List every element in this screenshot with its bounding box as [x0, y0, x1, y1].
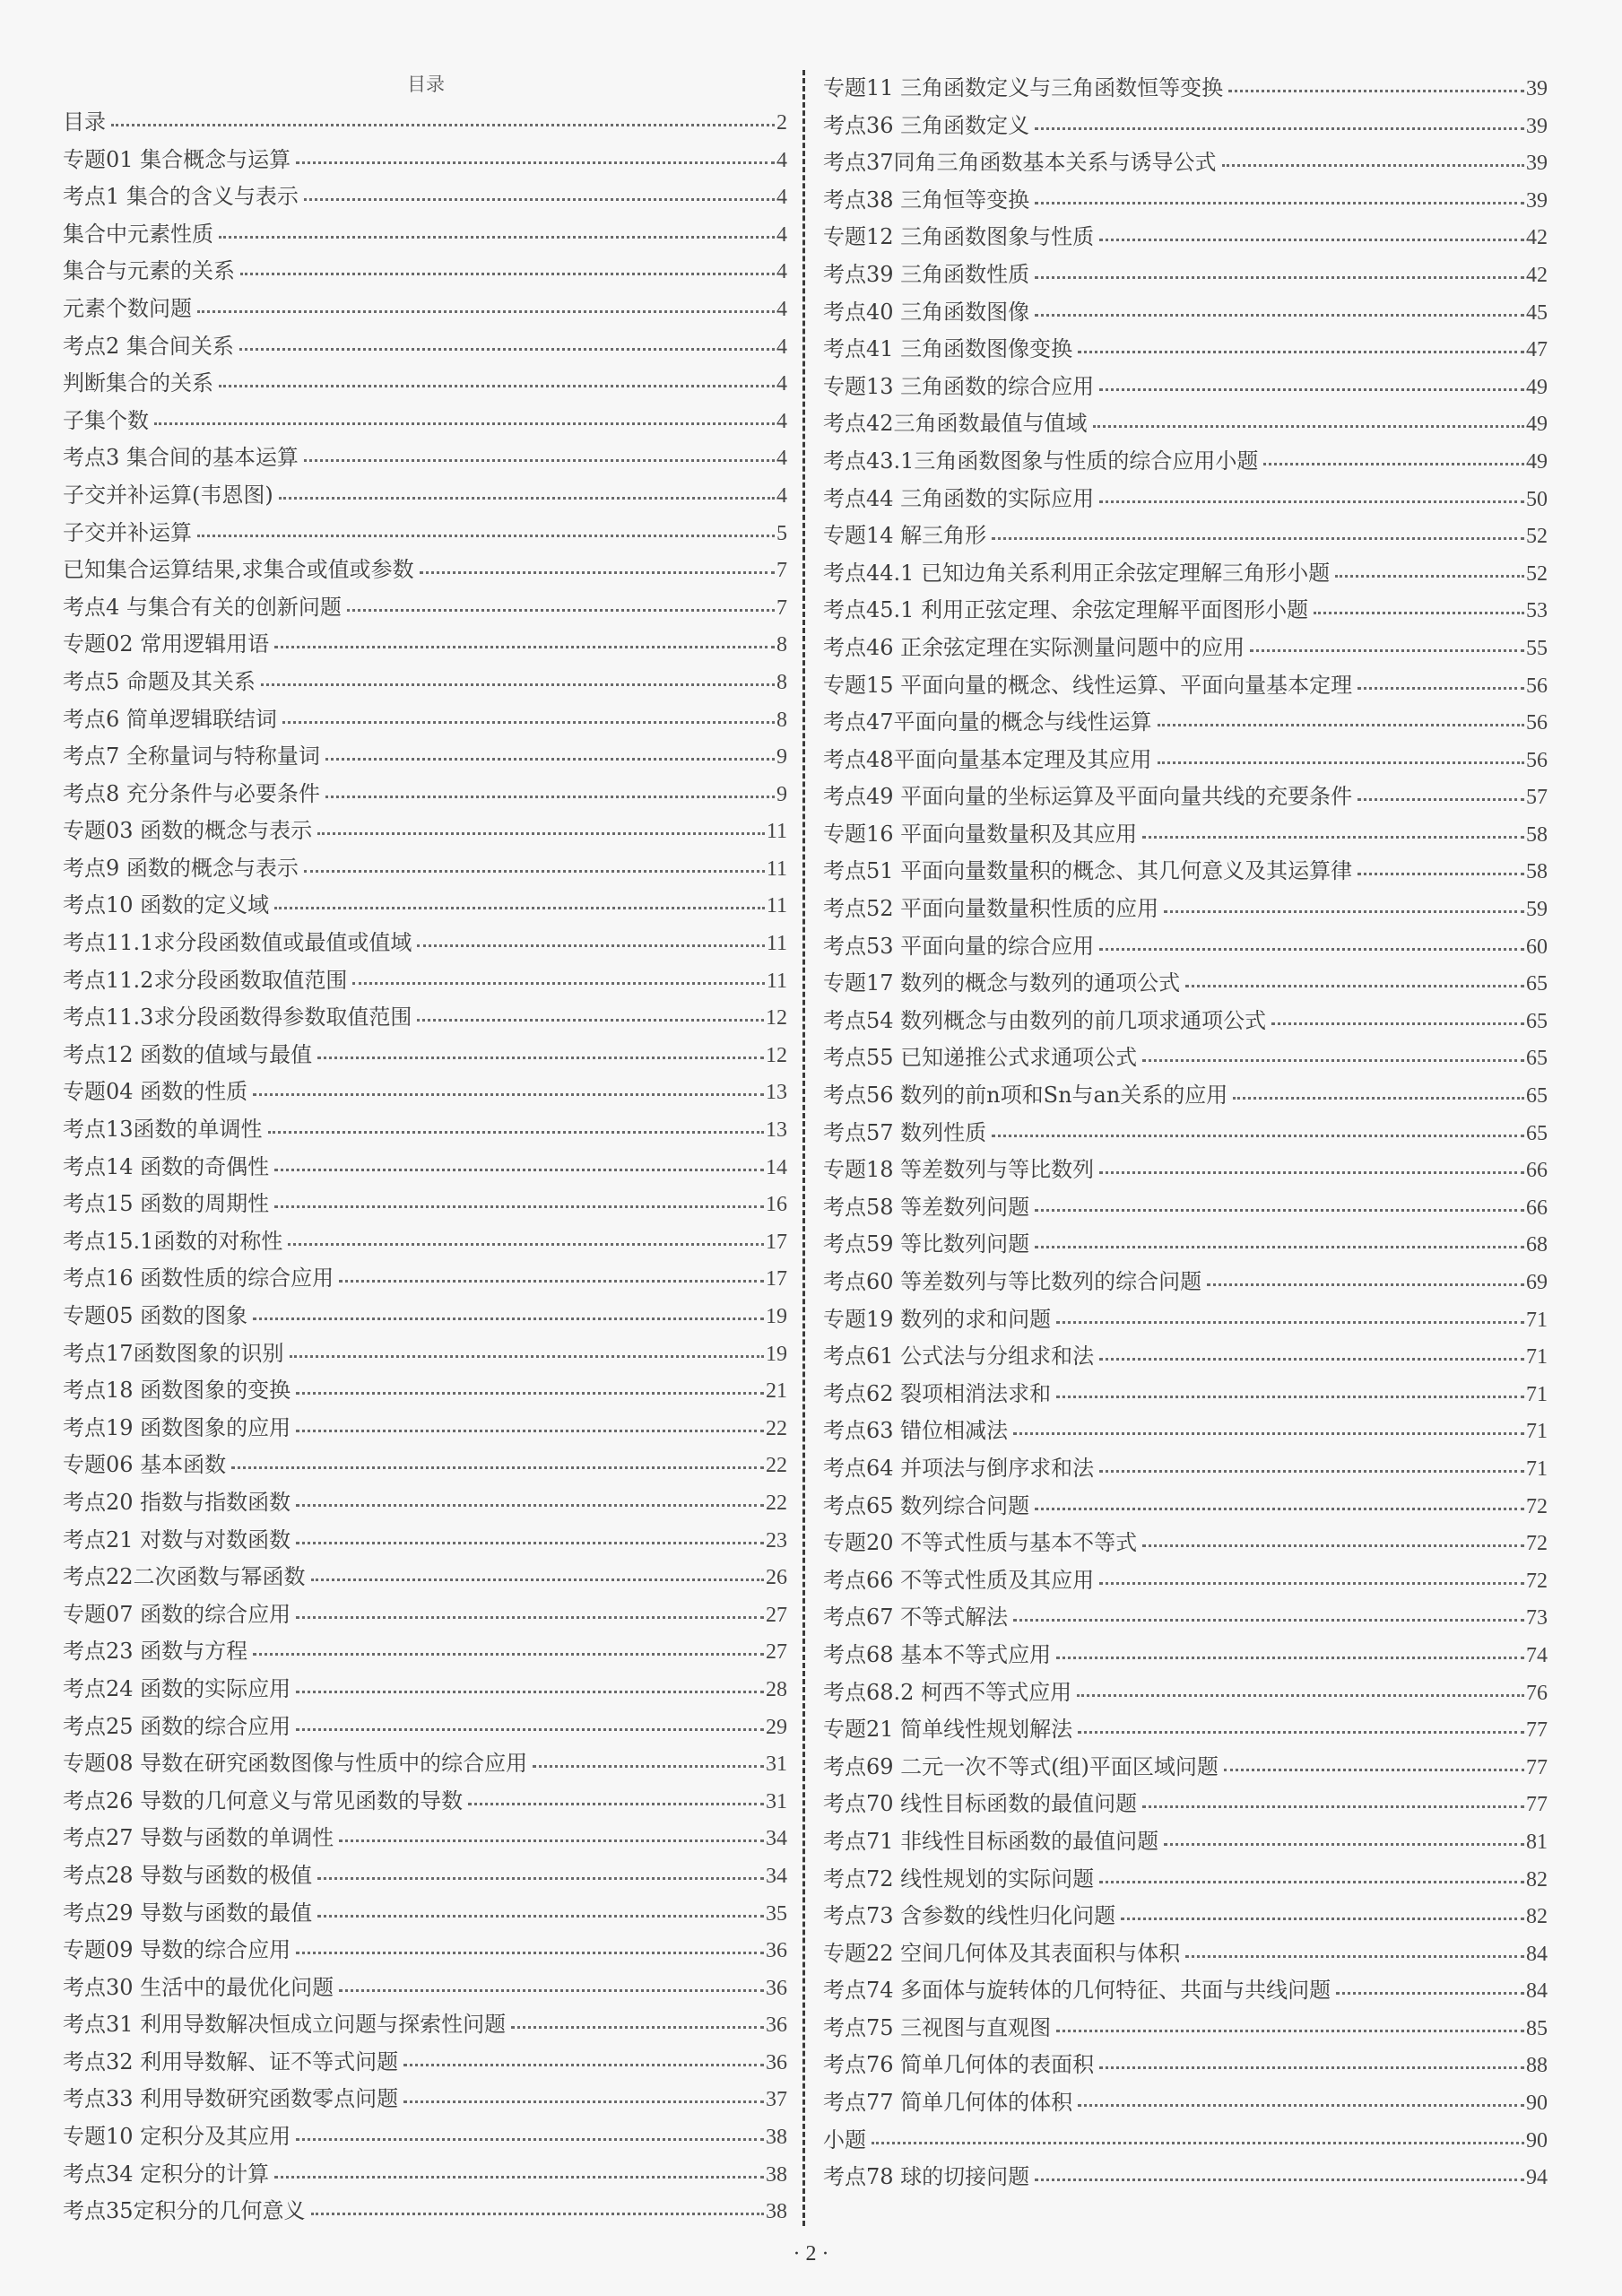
toc-entry[interactable]: 考点58 等差数列问题 66: [823, 1189, 1548, 1227]
toc-entry-title: 考点28 导数与函数的极值: [63, 1857, 312, 1895]
toc-entry[interactable]: 考点17函数图象的识别 19: [63, 1335, 787, 1373]
dot-leader: [1056, 1657, 1524, 1659]
toc-entry-page-number: 11: [767, 888, 787, 926]
toc-entry-title: 考点45.1 利用正弦定理、余弦定理解平面图形小题: [823, 592, 1308, 630]
toc-entry-page-number: 39: [1526, 145, 1548, 183]
toc-entry[interactable]: 考点64 并项法与倒序求和法 71: [823, 1450, 1548, 1488]
toc-entry[interactable]: 考点11.2求分段函数取值范围 11: [63, 962, 787, 1000]
toc-entry[interactable]: 考点26 导数的几何意义与常见函数的导数 31: [63, 1783, 787, 1821]
dot-leader: [1077, 1694, 1524, 1697]
toc-entry-title: 考点76 简单几何体的表面积: [823, 2047, 1094, 2084]
dot-leader: [274, 1169, 764, 1171]
dot-leader: [1142, 1805, 1524, 1808]
toc-entry[interactable]: 判断集合的关系 4: [63, 365, 787, 403]
dot-leader: [311, 2213, 764, 2215]
toc-entry[interactable]: 考点6 简单逻辑联结词 8: [63, 701, 787, 739]
toc-entry-page-number: 23: [766, 1523, 787, 1561]
toc-entry-page-number: 49: [1526, 444, 1548, 482]
toc-entry-page-number: 90: [1526, 2123, 1548, 2161]
toc-entry-title: 目录: [63, 104, 106, 142]
toc-entry[interactable]: 考点11.3求分段函数得参数取值范围 12: [63, 999, 787, 1037]
toc-entry-page-number: 21: [766, 1373, 787, 1411]
toc-entry[interactable]: 考点34 定积分的计算 38: [63, 2156, 787, 2194]
toc-entry-page-number: 39: [1526, 109, 1548, 146]
toc-entry-page-number: 74: [1526, 1638, 1548, 1675]
toc-entry[interactable]: 考点37同角三角函数基本关系与诱导公式 39: [823, 144, 1548, 182]
toc-entry-page-number: 47: [1526, 332, 1548, 370]
toc-entry[interactable]: 考点4 与集合有关的创新问题 7: [63, 589, 787, 627]
toc-entry[interactable]: 考点33 利用导数研究函数零点问题 37: [63, 2081, 787, 2118]
dot-leader: [511, 2026, 764, 2029]
dot-leader: [1013, 1619, 1524, 1622]
toc-entry-page-number: 65: [1526, 1004, 1548, 1041]
toc-entry-page-number: 52: [1526, 518, 1548, 556]
dot-leader: [417, 1019, 764, 1022]
toc-entry[interactable]: 集合与元素的关系 4: [63, 253, 787, 291]
dot-leader: [240, 273, 775, 275]
toc-entry[interactable]: 考点3 集合间的基本运算 4: [63, 439, 787, 477]
toc-entry[interactable]: 小题 90: [823, 2122, 1548, 2160]
toc-entry[interactable]: 考点7 全称量词与特称量词 9: [63, 738, 787, 776]
toc-entry[interactable]: 考点45.1 利用正弦定理、余弦定理解平面图形小题 53: [823, 592, 1548, 630]
column-divider: [802, 70, 805, 2226]
toc-entry-page-number: 65: [1526, 1040, 1548, 1078]
toc-entry-page-number: 8: [776, 627, 787, 665]
dot-leader: [1099, 1582, 1524, 1585]
toc-entry[interactable]: 考点74 多面体与旋转体的几何特征、共面与共线问题 84: [823, 1972, 1548, 2010]
dot-leader: [1121, 1918, 1524, 1920]
toc-entry-title: 考点57 数列性质: [823, 1115, 986, 1152]
toc-entry-page-number: 17: [766, 1224, 787, 1262]
toc-entry-page-number: 28: [766, 1672, 787, 1709]
toc-entry-page-number: 68: [1526, 1227, 1548, 1265]
dot-leader: [1035, 1508, 1524, 1510]
toc-entry[interactable]: 考点24 函数的实际应用 28: [63, 1671, 787, 1709]
toc-entry-title: 专题19 数列的求和问题: [823, 1301, 1051, 1339]
toc-entry-page-number: 11: [767, 851, 787, 889]
toc-entry[interactable]: 考点22二次函数与幂函数 26: [63, 1559, 787, 1596]
toc-entry[interactable]: 考点2 集合间关系 4: [63, 328, 787, 366]
toc-entry[interactable]: 目录 2: [63, 104, 787, 142]
toc-entry[interactable]: 考点57 数列性质 65: [823, 1115, 1548, 1152]
toc-right-column: 专题11 三角函数定义与三角函数恒等变换 39 考点36 三角函数定义 39 考…: [823, 70, 1548, 2196]
toc-entry-page-number: 58: [1526, 817, 1548, 855]
toc-entry-title: 考点70 线性目标函数的最值问题: [823, 1786, 1137, 1823]
toc-entry[interactable]: 考点21 对数与对数函数 23: [63, 1522, 787, 1560]
dot-leader: [311, 1578, 764, 1581]
toc-entry-title: 专题21 简单线性规划解法: [823, 1711, 1072, 1749]
toc-entry[interactable]: 考点23 函数与方程 27: [63, 1633, 787, 1671]
toc-entry-title: 专题16 平面向量数量积及其应用: [823, 816, 1137, 854]
toc-entry[interactable]: 考点30 生活中的最优化问题 36: [63, 1970, 787, 2007]
toc-entry-title: 已知集合运算结果,求集合或值或参数: [63, 552, 414, 589]
toc-entry[interactable]: 考点77 简单几何体的体积 90: [823, 2084, 1548, 2122]
dot-leader: [317, 1877, 764, 1880]
toc-entry[interactable]: 考点39 三角函数性质 42: [823, 257, 1548, 294]
toc-entry-page-number: 36: [766, 1970, 787, 2008]
toc-entry-page-number: 59: [1526, 891, 1548, 929]
toc-entry-page-number: 4: [776, 366, 787, 404]
toc-entry-page-number: 82: [1526, 1899, 1548, 1936]
dot-leader: [339, 1839, 764, 1842]
toc-entry-title: 考点3 集合间的基本运算: [63, 439, 299, 477]
toc-entry[interactable]: 专题22 空间几何体及其表面积与体积 84: [823, 1935, 1548, 1973]
toc-entry[interactable]: 考点59 等比数列问题 68: [823, 1226, 1548, 1264]
toc-entry-title: 考点49 平面向量的坐标运算及平面向量共线的充要条件: [823, 778, 1352, 816]
toc-entry-title: 考点46 正余弦定理在实际测量问题中的应用: [823, 630, 1245, 667]
dot-leader: [1271, 1022, 1524, 1025]
toc-entry[interactable]: 元素个数问题 4: [63, 291, 787, 328]
dot-leader: [872, 2142, 1524, 2144]
toc-entry-title: 专题13 三角函数的综合应用: [823, 369, 1094, 406]
toc-entry[interactable]: 考点15 函数的周期性 16: [63, 1186, 787, 1223]
toc-entry[interactable]: 专题02 常用逻辑用语 8: [63, 626, 787, 664]
toc-entry[interactable]: 考点11.1求分段函数值或最值或值域 11: [63, 925, 787, 962]
toc-entry-page-number: 72: [1526, 1563, 1548, 1601]
toc-entry-title: 考点44 三角函数的实际应用: [823, 481, 1094, 518]
toc-entry-page-number: 22: [766, 1411, 787, 1448]
toc-entry[interactable]: 考点29 导数与函数的最值 35: [63, 1895, 787, 1933]
toc-entry[interactable]: 考点20 指数与指数函数 22: [63, 1484, 787, 1522]
toc-entry[interactable]: 考点32 利用导数解、证不等式问题 36: [63, 2044, 787, 2082]
toc-entry[interactable]: 考点49 平面向量的坐标运算及平面向量共线的充要条件 57: [823, 778, 1548, 816]
toc-entry[interactable]: 考点61 公式法与分组求和法 71: [823, 1338, 1548, 1376]
toc-entry[interactable]: 考点44 三角函数的实际应用 50: [823, 481, 1548, 518]
toc-entry-title: 考点48平面向量基本定理及其应用: [823, 742, 1152, 779]
toc-entry-page-number: 16: [766, 1187, 787, 1224]
dot-leader: [468, 1803, 764, 1805]
dot-leader: [317, 1915, 764, 1918]
toc-entry-page-number: 17: [766, 1261, 787, 1299]
toc-entry-page-number: 72: [1526, 1489, 1548, 1526]
toc-entry[interactable]: 考点52 平面向量数量积性质的应用 59: [823, 891, 1548, 928]
toc-entry-page-number: 94: [1526, 2160, 1548, 2197]
toc-entry-page-number: 77: [1526, 1712, 1548, 1750]
dot-leader: [296, 1504, 764, 1507]
dot-leader: [288, 1243, 764, 1246]
toc-entry[interactable]: 专题09 导数的综合应用 36: [63, 1932, 787, 1970]
toc-entry-title: 考点75 三视图与直观图: [823, 2010, 1051, 2048]
toc-entry[interactable]: 考点65 数列综合问题 72: [823, 1488, 1548, 1526]
toc-entry-page-number: 39: [1526, 71, 1548, 109]
toc-page: 目录 目录 2 专题01 集合概念与运算 4 考点1 集合的含义与表示 4 集合…: [0, 0, 1622, 2296]
toc-entry[interactable]: 考点31 利用导数解决恒成立问题与探索性问题 36: [63, 2006, 787, 2044]
toc-entry[interactable]: 专题16 平面向量数量积及其应用 58: [823, 816, 1548, 854]
toc-entry-title: 考点21 对数与对数函数: [63, 1522, 291, 1560]
toc-entry[interactable]: 专题07 函数的综合应用 27: [63, 1596, 787, 1634]
toc-entry[interactable]: 考点68.2 柯西不等式应用 76: [823, 1674, 1548, 1712]
toc-entry-page-number: 29: [766, 1709, 787, 1747]
toc-entry[interactable]: 考点41 三角函数图像变换 47: [823, 331, 1548, 369]
toc-entry-title: 小题: [823, 2122, 866, 2160]
toc-entry[interactable]: 考点67 不等式解法 73: [823, 1599, 1548, 1637]
toc-entry-page-number: 37: [766, 2082, 787, 2119]
toc-entry-title: 专题18 等差数列与等比数列: [823, 1152, 1094, 1189]
toc-entry[interactable]: 专题17 数列的概念与数列的通项公式 65: [823, 965, 1548, 1003]
toc-entry[interactable]: 专题08 导数在研究函数图像与性质中的综合应用 31: [63, 1745, 787, 1783]
dot-leader: [1357, 798, 1524, 801]
toc-entry-title: 考点44.1 已知边角关系利用正余弦定理解三角形小题: [823, 555, 1330, 593]
dot-leader: [1142, 836, 1524, 839]
toc-entry[interactable]: 考点27 导数与函数的单调性 34: [63, 1820, 787, 1857]
toc-entry[interactable]: 考点78 球的切接问题 94: [823, 2159, 1548, 2196]
toc-entry-page-number: 77: [1526, 1750, 1548, 1787]
toc-entry[interactable]: 考点16 函数性质的综合应用 17: [63, 1260, 787, 1298]
toc-entry[interactable]: 集合中元素性质 4: [63, 216, 787, 254]
toc-entry-page-number: 58: [1526, 854, 1548, 891]
toc-entry[interactable]: 专题14 解三角形 52: [823, 517, 1548, 555]
toc-entry-page-number: 12: [766, 1000, 787, 1038]
dot-leader: [1035, 276, 1524, 279]
toc-entry[interactable]: 考点42三角函数最值与值域 49: [823, 405, 1548, 443]
toc-entry-title: 专题20 不等式性质与基本不等式: [823, 1525, 1137, 1562]
dot-leader: [533, 1765, 764, 1768]
toc-entry[interactable]: 考点14 函数的奇偶性 14: [63, 1149, 787, 1187]
toc-entry[interactable]: 专题19 数列的求和问题 71: [823, 1301, 1548, 1339]
toc-entry[interactable]: 考点54 数列概念与由数列的前几项求通项公式 65: [823, 1003, 1548, 1040]
dot-leader: [1078, 351, 1524, 353]
toc-entry-title: 专题15 平面向量的概念、线性运算、平面向量基本定理: [823, 667, 1352, 705]
toc-entry[interactable]: 考点38 三角恒等变换 39: [823, 182, 1548, 220]
toc-entry[interactable]: 考点71 非线性目标函数的最值问题 81: [823, 1823, 1548, 1861]
dot-leader: [325, 758, 775, 761]
dot-leader: [1056, 2030, 1524, 2032]
toc-entry-title: 考点5 命题及其关系: [63, 664, 256, 701]
toc-entry-title: 考点61 公式法与分组求和法: [823, 1338, 1094, 1376]
toc-entry[interactable]: 考点40 三角函数图像 45: [823, 294, 1548, 332]
toc-entry[interactable]: 专题11 三角函数定义与三角函数恒等变换 39: [823, 70, 1548, 108]
toc-entry[interactable]: 考点12 函数的值域与最值 12: [63, 1037, 787, 1074]
toc-entry-page-number: 81: [1526, 1824, 1548, 1862]
toc-entry-page-number: 14: [766, 1150, 787, 1187]
toc-entry-title: 考点33 利用导数研究函数零点问题: [63, 2081, 398, 2118]
dot-leader: [1233, 1097, 1524, 1100]
toc-entry-page-number: 5: [776, 516, 787, 553]
toc-entry-title: 考点1 集合的含义与表示: [63, 178, 299, 216]
toc-entry-title: 考点60 等差数列与等比数列的综合问题: [823, 1264, 1201, 1301]
toc-entry[interactable]: 考点69 二元一次不等式(组)平面区域问题 77: [823, 1749, 1548, 1787]
dot-leader: [296, 1430, 764, 1432]
dot-leader: [296, 1728, 764, 1731]
toc-entry[interactable]: 专题13 三角函数的综合应用 49: [823, 369, 1548, 406]
toc-entry-title: 考点69 二元一次不等式(组)平面区域问题: [823, 1749, 1219, 1787]
toc-entry[interactable]: 考点5 命题及其关系 8: [63, 664, 787, 701]
dot-leader: [1035, 2179, 1524, 2181]
toc-entry[interactable]: 考点63 错位相减法 71: [823, 1413, 1548, 1450]
toc-entry-title: 考点55 已知递推公式求通项公式: [823, 1039, 1137, 1077]
toc-entry-title: 考点41 三角函数图像变换: [823, 331, 1072, 369]
toc-entry[interactable]: 考点1 集合的含义与表示 4: [63, 178, 787, 216]
toc-entry-title: 考点47平面向量的概念与线性运算: [823, 704, 1152, 742]
dot-leader: [1164, 910, 1524, 913]
toc-entry[interactable]: 已知集合运算结果,求集合或值或参数 7: [63, 552, 787, 589]
toc-entry-page-number: 52: [1526, 556, 1548, 594]
toc-entry-page-number: 2: [776, 105, 787, 143]
toc-entry-title: 考点42三角函数最值与值域: [823, 405, 1088, 443]
toc-entry[interactable]: 子集个数 4: [63, 403, 787, 440]
toc-entry[interactable]: 考点13函数的单调性 13: [63, 1111, 787, 1149]
toc-entry[interactable]: 专题20 不等式性质与基本不等式 72: [823, 1525, 1548, 1562]
toc-entry[interactable]: 考点70 线性目标函数的最值问题 77: [823, 1786, 1548, 1823]
toc-entry-page-number: 38: [766, 2119, 787, 2157]
toc-entry[interactable]: 考点56 数列的前n项和Sn与an关系的应用 65: [823, 1077, 1548, 1115]
toc-entry[interactable]: 考点15.1函数的对称性 17: [63, 1223, 787, 1261]
dot-leader: [290, 1355, 764, 1358]
toc-entry[interactable]: 考点18 函数图象的变换 21: [63, 1372, 787, 1410]
toc-entry-page-number: 38: [766, 2157, 787, 2195]
toc-entry-title: 专题22 空间几何体及其表面积与体积: [823, 1935, 1180, 1973]
toc-entry[interactable]: 考点72 线性规划的实际问题 82: [823, 1861, 1548, 1899]
toc-entry-page-number: 7: [776, 590, 787, 628]
toc-entry-page-number: 4: [776, 217, 787, 255]
dot-leader: [1078, 2104, 1524, 2107]
toc-entry-title: 考点51 平面向量数量积的概念、其几何意义及其运算律: [823, 853, 1352, 891]
toc-entry[interactable]: 专题10 定积分及其应用 38: [63, 2118, 787, 2156]
toc-entry[interactable]: 专题12 三角函数图象与性质 42: [823, 219, 1548, 257]
dot-leader: [231, 1466, 764, 1469]
toc-entry-page-number: 4: [776, 329, 787, 367]
dot-leader: [1099, 1470, 1524, 1473]
toc-entry[interactable]: 考点68 基本不等式应用 74: [823, 1637, 1548, 1674]
dot-leader: [1250, 649, 1524, 652]
toc-entry-page-number: 71: [1526, 1339, 1548, 1377]
toc-entry[interactable]: 专题03 函数的概念与表示 11: [63, 813, 787, 850]
toc-entry[interactable]: 子交并补运算(韦恩图) 4: [63, 477, 787, 515]
toc-entry-page-number: 9: [776, 739, 787, 777]
toc-entry-page-number: 76: [1526, 1675, 1548, 1713]
toc-entry[interactable]: 考点47平面向量的概念与线性运算 56: [823, 704, 1548, 742]
toc-entry-page-number: 36: [766, 2045, 787, 2083]
toc-entry-title: 考点16 函数性质的综合应用: [63, 1260, 334, 1298]
toc-entry[interactable]: 专题06 基本函数 22: [63, 1447, 787, 1484]
toc-entry[interactable]: 考点10 函数的定义域 11: [63, 887, 787, 925]
toc-entry[interactable]: 考点60 等差数列与等比数列的综合问题 69: [823, 1264, 1548, 1301]
toc-entry[interactable]: 考点43.1三角函数图象与性质的综合应用小题 49: [823, 443, 1548, 481]
toc-entry[interactable]: 考点44.1 已知边角关系利用正余弦定理解三角形小题 52: [823, 555, 1548, 593]
toc-entry[interactable]: 考点75 三视图与直观图 85: [823, 2010, 1548, 2048]
toc-entry-page-number: 19: [766, 1299, 787, 1336]
toc-entry[interactable]: 专题01 集合概念与运算 4: [63, 142, 787, 179]
toc-entry-title: 考点17函数图象的识别: [63, 1335, 284, 1373]
toc-entry-page-number: 38: [766, 2194, 787, 2231]
dot-leader: [1099, 500, 1524, 503]
dot-leader: [304, 870, 765, 873]
toc-entry-title: 考点13函数的单调性: [63, 1111, 263, 1149]
toc-entry[interactable]: 考点55 已知递推公式求通项公式 65: [823, 1039, 1548, 1077]
toc-entry-title: 考点38 三角恒等变换: [823, 182, 1029, 220]
toc-entry-page-number: 4: [776, 440, 787, 478]
dot-leader: [403, 2064, 764, 2066]
toc-heading: 目录: [63, 70, 789, 97]
toc-entry[interactable]: 专题04 函数的性质 13: [63, 1074, 787, 1111]
toc-entry-title: 专题07 函数的综合应用: [63, 1596, 291, 1634]
toc-entry[interactable]: 考点19 函数图象的应用 22: [63, 1410, 787, 1448]
toc-entry-title: 考点18 函数图象的变换: [63, 1372, 291, 1410]
toc-entry[interactable]: 子交并补运算 5: [63, 515, 787, 552]
toc-entry-page-number: 4: [776, 254, 787, 291]
toc-entry[interactable]: 考点53 平面向量的综合应用 60: [823, 928, 1548, 966]
toc-entry-title: 专题10 定积分及其应用: [63, 2118, 291, 2156]
toc-entry-title: 考点11.1求分段函数值或最值或值域: [63, 925, 412, 962]
toc-entry-title: 判断集合的关系: [63, 365, 213, 403]
toc-entry-page-number: 35: [766, 1896, 787, 1934]
toc-entry-page-number: 71: [1526, 1302, 1548, 1340]
dot-leader: [1099, 1358, 1524, 1361]
toc-entry-title: 考点9 函数的概念与表示: [63, 850, 299, 888]
dot-leader: [352, 982, 764, 985]
dot-leader: [1035, 314, 1524, 317]
toc-entry[interactable]: 专题15 平面向量的概念、线性运算、平面向量基本定理 56: [823, 667, 1548, 705]
toc-entry-title: 考点37同角三角函数基本关系与诱导公式: [823, 144, 1217, 182]
toc-entry-page-number: 65: [1526, 1116, 1548, 1153]
toc-entry-title: 考点32 利用导数解、证不等式问题: [63, 2044, 398, 2082]
toc-entry[interactable]: 考点66 不等式性质及其应用 72: [823, 1562, 1548, 1600]
dot-leader: [274, 646, 775, 648]
toc-entry-title: 考点64 并项法与倒序求和法: [823, 1450, 1094, 1488]
toc-entry[interactable]: 考点36 三角函数定义 39: [823, 108, 1548, 145]
toc-entry-title: 考点14 函数的奇偶性: [63, 1149, 269, 1187]
dot-leader: [1035, 1209, 1524, 1212]
toc-entry-title: 考点58 等差数列问题: [823, 1189, 1029, 1227]
toc-entry[interactable]: 考点9 函数的概念与表示 11: [63, 850, 787, 888]
toc-entry[interactable]: 考点62 裂项相消法求和 71: [823, 1376, 1548, 1413]
toc-entry-title: 考点52 平面向量数量积性质的应用: [823, 891, 1158, 928]
toc-entry[interactable]: 专题05 函数的图象 19: [63, 1298, 787, 1335]
toc-entry-title: 考点71 非线性目标函数的最值问题: [823, 1823, 1158, 1861]
toc-entry[interactable]: 考点25 函数的综合应用 29: [63, 1709, 787, 1746]
toc-entry-title: 考点66 不等式性质及其应用: [823, 1562, 1094, 1600]
toc-entry-page-number: 42: [1526, 220, 1548, 257]
toc-entry-title: 考点29 导数与函数的最值: [63, 1895, 312, 1933]
toc-entry[interactable]: 考点28 导数与函数的极值 34: [63, 1857, 787, 1895]
toc-entry-title: 考点25 函数的综合应用: [63, 1709, 291, 1746]
toc-entry-title: 考点11.2求分段函数取值范围: [63, 962, 347, 1000]
toc-entry-page-number: 19: [766, 1336, 787, 1374]
toc-entry-page-number: 4: [776, 179, 787, 217]
toc-entry-page-number: 90: [1526, 2085, 1548, 2123]
toc-entry[interactable]: 考点76 简单几何体的表面积 88: [823, 2047, 1548, 2084]
toc-entry[interactable]: 专题18 等差数列与等比数列 66: [823, 1152, 1548, 1189]
toc-entry[interactable]: 考点46 正余弦定理在实际测量问题中的应用 55: [823, 630, 1548, 667]
toc-entry-title: 专题04 函数的性质: [63, 1074, 247, 1111]
toc-entry[interactable]: 考点48平面向量基本定理及其应用 56: [823, 742, 1548, 779]
toc-entry[interactable]: 考点51 平面向量数量积的概念、其几何意义及其运算律 58: [823, 853, 1548, 891]
toc-entry-title: 考点54 数列概念与由数列的前几项求通项公式: [823, 1003, 1266, 1040]
dot-leader: [261, 683, 775, 686]
dot-leader: [339, 1989, 764, 1992]
dot-leader: [1222, 164, 1524, 167]
toc-entry-title: 子交并补运算(韦恩图): [63, 477, 273, 515]
toc-entry-page-number: 26: [766, 1560, 787, 1597]
toc-entry-page-number: 12: [766, 1038, 787, 1075]
toc-entry-page-number: 49: [1526, 406, 1548, 444]
toc-entry[interactable]: 考点35定积分的几何意义 38: [63, 2193, 787, 2231]
toc-entry-title: 考点65 数列综合问题: [823, 1488, 1029, 1526]
toc-entry[interactable]: 考点73 含参数的线性归化问题 82: [823, 1898, 1548, 1935]
toc-entry-page-number: 27: [766, 1597, 787, 1635]
dot-leader: [296, 2138, 764, 2141]
toc-entry-page-number: 7: [776, 552, 787, 590]
toc-entry-page-number: 4: [776, 143, 787, 180]
toc-entry[interactable]: 专题21 简单线性规划解法 77: [823, 1711, 1548, 1749]
dot-leader: [992, 537, 1524, 540]
dot-leader: [417, 944, 764, 947]
dot-leader: [1099, 1171, 1524, 1174]
dot-leader: [239, 348, 775, 351]
dot-leader: [304, 459, 775, 462]
toc-left-column: 目录 2 专题01 集合概念与运算 4 考点1 集合的含义与表示 4 集合中元素…: [63, 104, 787, 2231]
toc-entry[interactable]: 考点8 充分条件与必要条件 9: [63, 776, 787, 813]
